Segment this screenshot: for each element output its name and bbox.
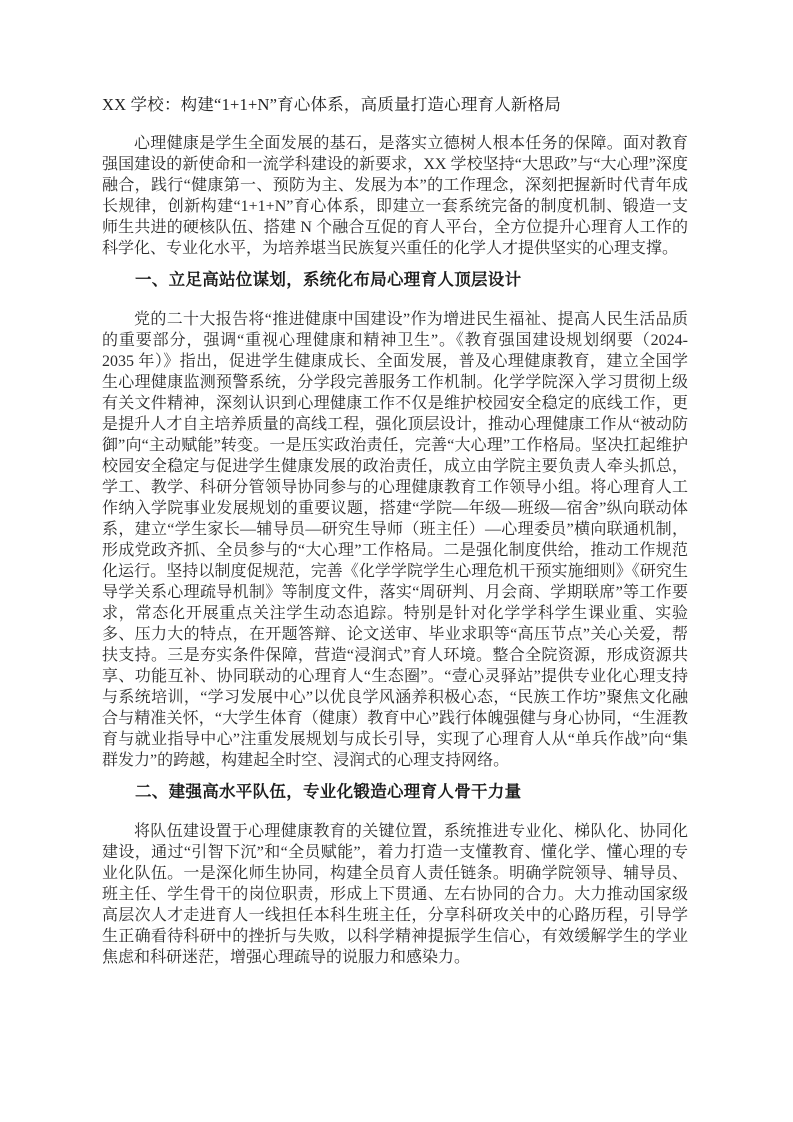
intro-paragraph: 心理健康是学生全面发展的基石，是落实立德树人根本任务的保障。面对教育强国建设的新… <box>102 133 688 259</box>
section-1-paragraph: 党的二十大报告将“推进健康中国建设”作为增进民生福祉、提高人民生活品质的重要部分… <box>102 309 688 771</box>
section-2-paragraph: 将队伍建设置于心理健康教育的关键位置，系统推进专业化、梯队化、协同化建设，通过“… <box>102 821 688 968</box>
section-2-heading: 二、建强高水平队伍，专业化锻造心理育人骨干力量 <box>102 781 688 803</box>
document-title: XX 学校：构建“1+1+N”育心体系，高质量打造心理育人新格局 <box>102 94 688 116</box>
document-page: XX 学校：构建“1+1+N”育心体系，高质量打造心理育人新格局 心理健康是学生… <box>0 0 793 1122</box>
section-1-heading: 一、立足高站位谋划，系统化布局心理育人顶层设计 <box>102 269 688 291</box>
